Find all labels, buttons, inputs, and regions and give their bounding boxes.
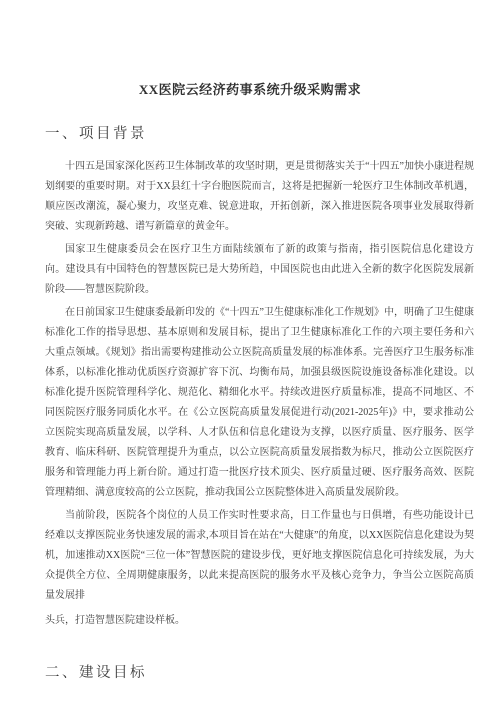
paragraph-background-2: 国家卫生健康委员会在医疗卫生方面陆续颁布了新的政策与指南，指引医院信息化建设方向… <box>45 240 474 300</box>
paragraph-background-3: 在日前国家卫生健康委最新印发的《“十四五”卫生健康标准化工作规划》中，明确了卫生… <box>45 303 474 503</box>
paragraph-background-1: 十四五是国家深化医药卫生体制改革的攻坚时期，更是贯彻落实关于“十四五”加快小康进… <box>45 157 474 237</box>
paragraph-background-4-continuation: 头兵，打造智慧医院建设样板。 <box>45 611 474 631</box>
document-content: 一、项目背景 十四五是国家深化医药卫生体制改革的攻坚时期，更是贯彻落实关于“十四… <box>0 126 500 682</box>
section-heading-construction-goals: 二、建设目标 <box>45 665 474 682</box>
document-page: XX医院云经济药事系统升级采购需求 一、项目背景 十四五是国家深化医药卫生体制改… <box>0 0 500 707</box>
paragraph-background-4: 当前阶段，医院各个岗位的人员工作实时性要求高，日工作量也与日俱增，有些功能设计已… <box>45 506 474 606</box>
document-title: XX医院云经济药事系统升级采购需求 <box>0 0 500 98</box>
section-heading-project-background: 一、项目背景 <box>45 126 474 143</box>
